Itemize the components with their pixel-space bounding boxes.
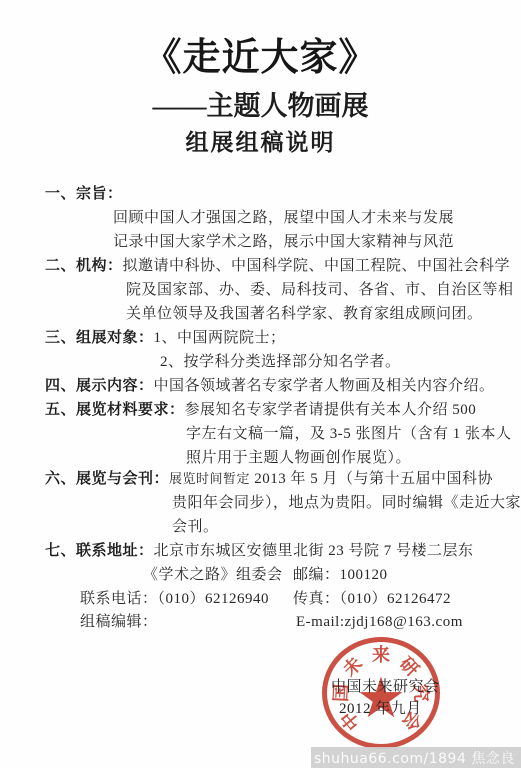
section-line: 院及国家部、办、委、局科技司、各省、市、自治区等相 xyxy=(126,280,514,300)
section-line: 关单位领导及我国著名科学家、教育家组成顾问团。 xyxy=(126,304,483,324)
section-content: 2013 年 5 月（与第十五届中国科协 xyxy=(250,471,493,487)
section-content: 北京市东城区安德里北街 23 号院 7 号楼二层东 xyxy=(154,543,474,559)
section-label-text: 二、机构： xyxy=(45,258,123,274)
watermark-text: shuhua66.com/1894 焦念良 xyxy=(311,748,515,768)
contact-committee: 《学术之路》组委会 xyxy=(143,565,283,585)
section-label-text: 五、展览材料要求： xyxy=(45,402,185,418)
section-line: 四、展示内容：中国各领域著名专家学者人物画及相关内容介绍。 xyxy=(45,376,495,396)
section-label-text: 七、联系地址： xyxy=(45,543,154,559)
seal-date: 2012 年九月 xyxy=(339,697,422,718)
section-line: 五、展览材料要求：参展知名专家学者请提供有关本人介绍 500 xyxy=(45,400,476,420)
section-line: 二、机构：拟邀请中科协、中国科学院、中国工程院、中国社会科学 xyxy=(45,256,510,276)
section-line: 字左右文稿一篇，及 3-5 张图片（含有 1 张本人 xyxy=(186,424,512,444)
seal-ring-char: 未 xyxy=(346,660,359,673)
contact-phone: 联系电话：（010）62126940 xyxy=(80,589,269,609)
page-subtitle: ——主题人物画展 xyxy=(0,84,521,123)
section-line: 会刊。 xyxy=(172,517,219,537)
page-title: 《走近大家》 xyxy=(0,26,521,81)
contact-email: E-mail:zjdj168@163.com xyxy=(296,612,463,632)
section-content-small: 展览时间暂定 xyxy=(169,471,250,486)
contact-fax: 传真：（010）62126472 xyxy=(293,589,451,609)
section-label: 一、宗旨： xyxy=(45,184,123,204)
section-line: 七、联系地址：北京市东城区安德里北街 23 号院 7 号楼二层东 xyxy=(45,541,474,561)
section-content: 参展知名专家学者请提供有关本人介绍 500 xyxy=(185,402,477,418)
seal-org-name: 中国未来研究会 xyxy=(331,675,440,696)
section-line: 六、展览与会刊：展览时间暂定 2013 年 5 月（与第十五届中国科协 xyxy=(45,469,493,489)
section-line: 三、组展对象：1、中国两院院士； xyxy=(45,328,286,348)
section-label-text: 四、展示内容： xyxy=(45,378,154,394)
document-page: 《走近大家》 ——主题人物画展 组展组稿说明 一、宗旨： 回顾中国人才强国之路，… xyxy=(0,0,521,768)
section-line: 2、按学科分类选择部分知名学者。 xyxy=(160,352,401,372)
section-content: 拟邀请中科协、中国科学院、中国工程院、中国社会科学 xyxy=(123,258,511,274)
seal-ring-char: 研 xyxy=(403,660,416,673)
section-line: 记录中国大家学术之路，展示中国大家精神与风范 xyxy=(113,232,454,252)
section-label-text: 三、组展对象： xyxy=(45,330,154,346)
section-line: 照片用于主题人物画创作展览）。 xyxy=(186,448,411,468)
section-line: 回顾中国人才强国之路，展望中国人才未来与发展 xyxy=(113,208,454,228)
watermark-band: shuhua66.com/1894 焦念良 xyxy=(311,747,521,768)
section-line: 贵阳年会同步），地点为贵阳。同时编辑《走近大家》 xyxy=(172,493,521,513)
page-heading: 组展组稿说明 xyxy=(0,124,521,157)
section-label-text: 一、宗旨： xyxy=(45,186,123,202)
contact-postcode: 邮编：100120 xyxy=(293,565,388,585)
section-content: 1、中国两院院士； xyxy=(154,330,286,346)
contact-editor-label: 组稿编辑： xyxy=(80,612,158,632)
section-content: 中国各领域著名专家学者人物画及相关内容介绍。 xyxy=(154,378,495,394)
section-label-text: 六、展览与会刊： xyxy=(45,471,169,487)
